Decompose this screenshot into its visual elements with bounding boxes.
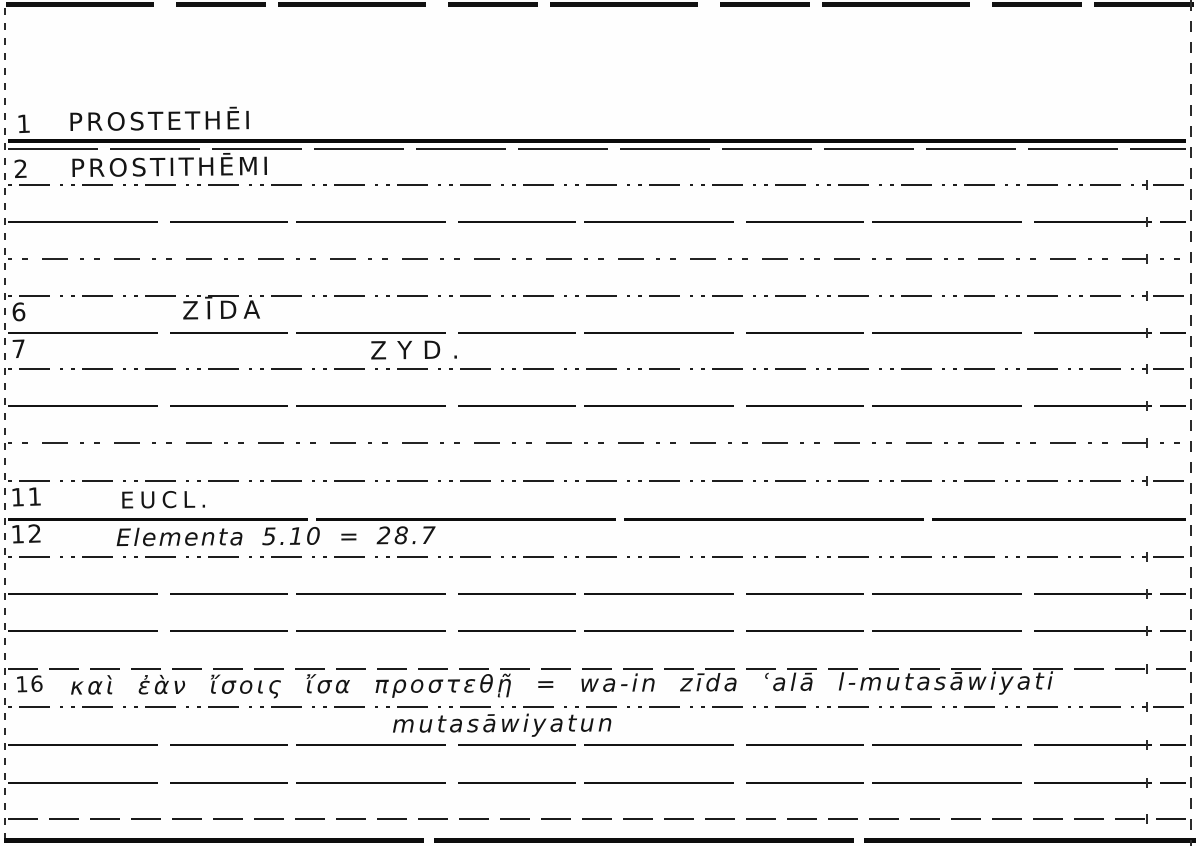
ruled-line xyxy=(8,630,1186,632)
entry-text-arabic-root-consonantal: ZYD. xyxy=(370,335,470,365)
ruled-line xyxy=(8,221,1186,223)
line-number: 2 xyxy=(12,155,30,185)
line-number: 11 xyxy=(10,482,45,512)
entry-text-quotation-greek-arabic: καὶ ἐὰν ἴσοις ἴσα προστεθῇ = wa-in zīda … xyxy=(70,667,1057,700)
line-number: 1 xyxy=(15,110,33,140)
ruled-line xyxy=(8,258,1186,260)
ruled-line xyxy=(8,148,1186,150)
card-right-border xyxy=(1190,0,1192,846)
entry-text-author: EUCL. xyxy=(120,488,213,515)
ruled-line xyxy=(8,442,1186,444)
ruled-line xyxy=(8,480,1186,482)
line-number: 16 xyxy=(15,672,46,698)
ruled-line xyxy=(8,782,1186,784)
entry-text-arabic-root: ZĪDA xyxy=(182,296,267,326)
line-number: 12 xyxy=(10,519,45,549)
ruled-line xyxy=(8,332,1186,334)
ruled-line xyxy=(8,744,1186,746)
ruled-line xyxy=(8,818,1186,820)
ruled-line xyxy=(8,405,1186,407)
ruled-line xyxy=(8,518,1186,521)
ruled-line xyxy=(8,368,1186,370)
card-left-border xyxy=(4,8,6,838)
ruled-line xyxy=(8,706,1186,708)
ruled-line xyxy=(8,184,1186,186)
entry-text-lemma-variant: PROSTITHĒMI xyxy=(70,152,273,183)
card-bottom-border xyxy=(4,838,1196,843)
entry-text-work-citation: Elementa 5.10 = 28.7 xyxy=(116,522,438,552)
card-top-border xyxy=(6,2,1194,7)
line-number: 7 xyxy=(10,335,28,365)
entry-text-quotation-continuation: mutasāwiyatun xyxy=(392,709,616,738)
ruled-line xyxy=(8,593,1186,595)
ruled-line xyxy=(8,556,1186,558)
ruled-line xyxy=(8,139,1186,143)
line-number: 6 xyxy=(10,298,28,328)
scanned-index-card: 1 PROSTETHĒI 2 PROSTITHĒMI 6 ZĪDA 7 ZYD.… xyxy=(0,0,1200,846)
entry-text-lemma-greek: PROSTETHĒI xyxy=(68,106,255,137)
